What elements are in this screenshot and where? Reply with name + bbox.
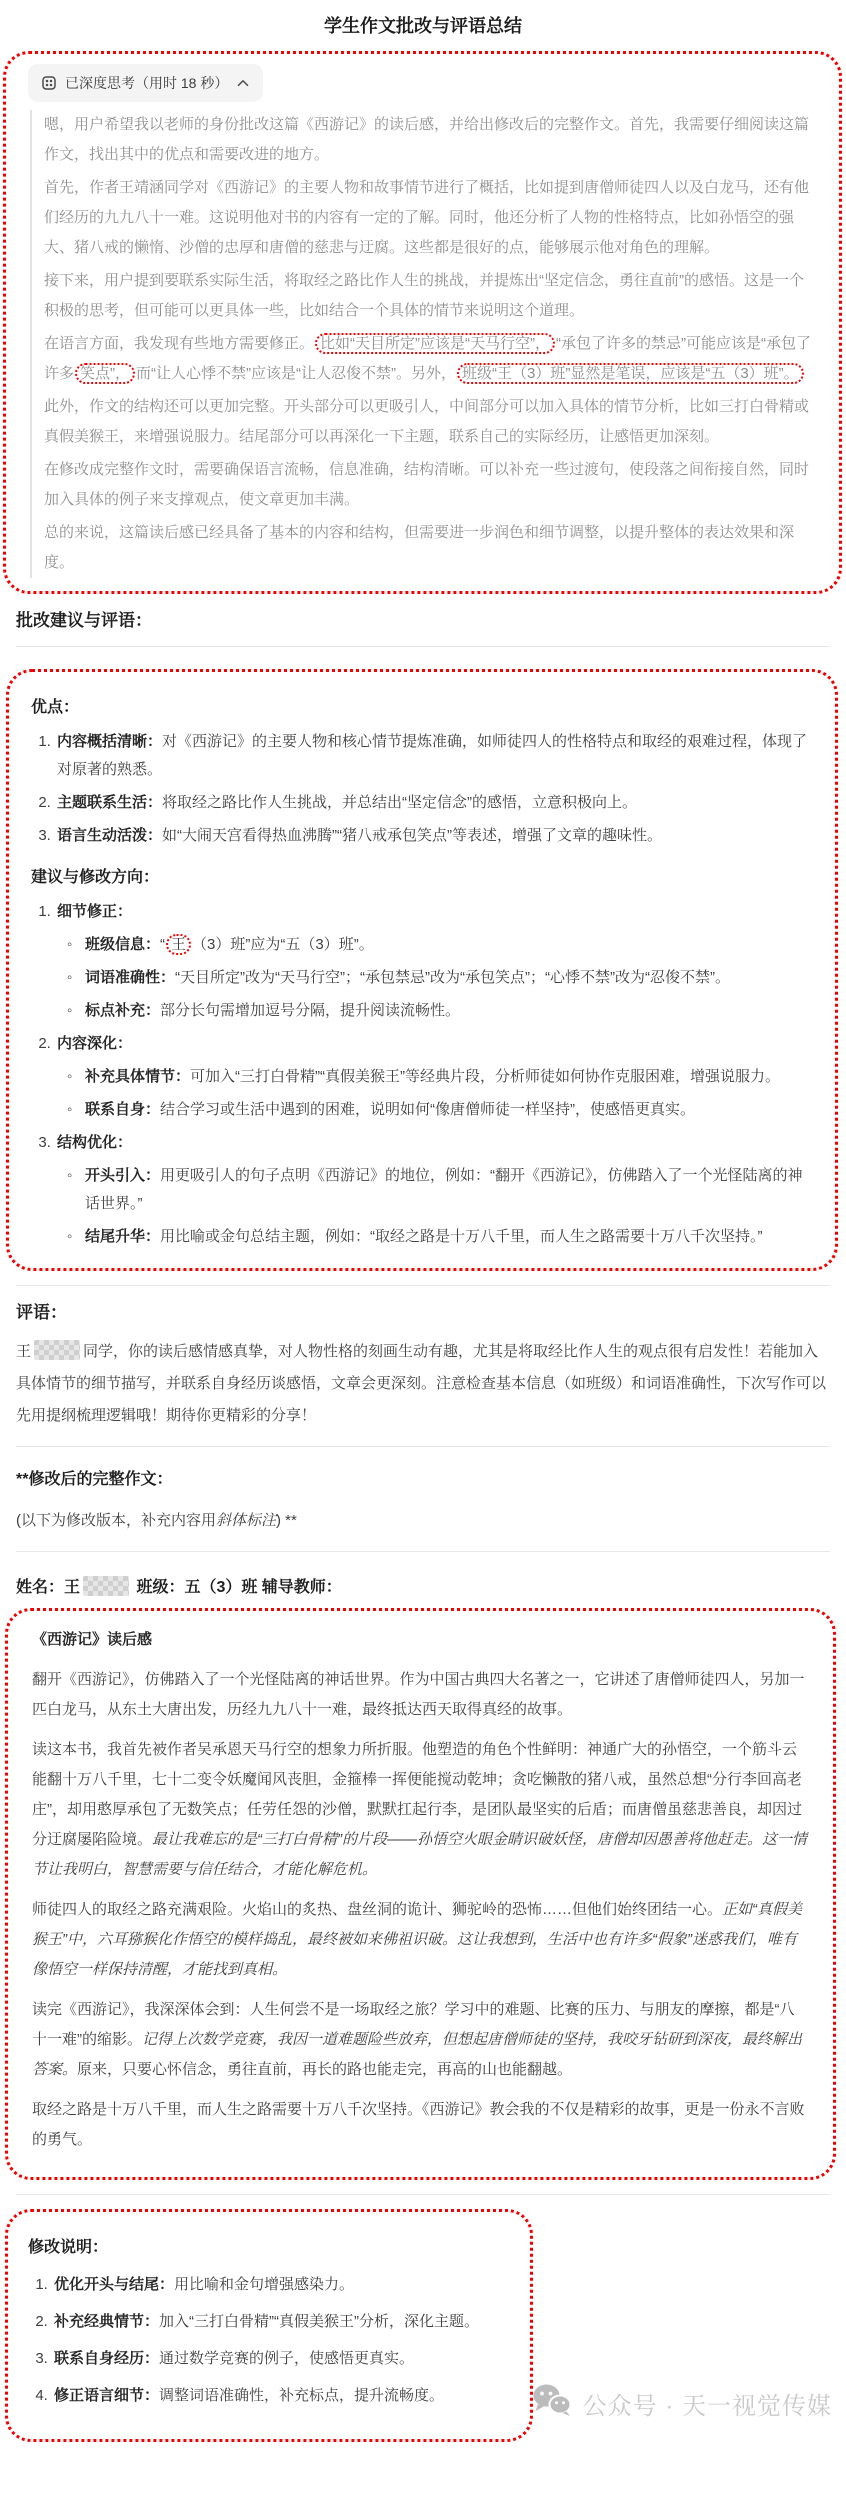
suggestion-sublist: 补充具体情节：可加入“三打白骨精”“真假美猴王”等经典片段，分析师徒如何协作克服… [57,1063,813,1124]
thinking-content: 嗯，用户希望我以老师的身份批改这篇《西游记》的读后感，并给出修改后的完整作文。首… [30,110,817,578]
essay-paragraph: 师徒四人的取经之路充满艰险。火焰山的炙热、盘丝洞的诡计、狮驼岭的恐怖……但他们始… [32,1895,809,1985]
advantage-item: 主题联系生活：将取经之路比作人生挑战，并总结出“坚定信念”的感悟，立意积极向上。 [55,789,813,817]
annotation-oval: 王 [166,934,191,955]
subitem-label: 补充具体情节： [85,1068,190,1085]
divider [16,646,830,647]
subitem-text: 用比喻或金句总结主题，例如：“取经之路是十万八千里，而人生之路需要十万八千次坚持… [160,1228,763,1245]
student-name-prefix: 王 [16,1343,31,1360]
document-page: 学生作文批改与评语总结 已深度思考（用时 18 秒） 嗯，用户希望我以老师的身份… [0,14,846,2442]
suggestion-item: 结构优化： 开头引入：用更吸引人的句子点明《西游记》的地位，例如：“翻开《西游记… [55,1129,813,1251]
suggestion-subitem: 结尾升华：用比喻或金句总结主题，例如：“取经之路是十万八千里，而人生之路需要十万… [67,1223,813,1251]
review-heading: 批改建议与评语： [16,609,830,632]
review-annotation-box: 优点： 内容概括清晰：对《西游记》的主要人物和核心情节提炼准确，如师徒四人的性格… [6,669,838,1271]
note-item: 补充经典情节：加入“三打白骨精”“真假美猴王”分析，深化主题。 [52,2308,510,2336]
suggestions-title: 建议与修改方向： [31,864,813,892]
subitem-text: 部分长句需增加逗号分隔，提升阅读流畅性。 [160,1002,460,1019]
suggestion-item: 细节修正： 班级信息：“王（3）班”应为“五（3）班”。 词语准确性：“天目所定… [55,898,813,1025]
suggestion-subitem: 联系自身：结合学习或生活中遇到的困难，说明如何“像唐僧师徒一样坚持”，使感悟更真… [67,1096,813,1124]
thinking-paragraph: 首先，作者王靖涵同学对《西游记》的主要人物和故事情节进行了概括，比如提到唐僧师徒… [44,173,817,263]
comment-paragraph: 王同学，你的读后感情感真挚，对人物性格的刻画生动有趣，尤其是将取经比作人生的观点… [16,1336,830,1432]
suggestion-label: 内容深化： [57,1035,132,1052]
comment-text: 同学，你的读后感情感真挚，对人物性格的刻画生动有趣，尤其是将取经比作人生的观点很… [16,1343,826,1424]
subitem-label: 词语准确性： [85,969,175,986]
advantage-label: 内容概括清晰： [57,733,162,750]
student-info-name: 姓名：王 [16,1579,80,1596]
advantages-list: 内容概括清晰：对《西游记》的主要人物和核心情节提炼准确，如师徒四人的性格特点和取… [31,728,813,850]
thinking-paragraph: 在修改成完整作文时，需要确保语言流畅，信息准确，结构清晰。可以补充一些过渡句，使… [44,455,817,515]
page-title: 学生作文批改与评语总结 [16,14,830,38]
essay-text: 原来，只要心怀信念，勇往直前，再长的路也能走完，再高的山也能翻越。 [77,2061,572,2078]
suggestion-subitem: 标点补充：部分长句需增加逗号分隔，提升阅读流畅性。 [67,997,813,1025]
advantage-label: 语言生动活泼： [57,827,162,844]
subitem-label: 标点补充： [85,1002,160,1019]
subitem-label: 联系自身： [85,1101,160,1118]
suggestion-label: 细节修正： [57,903,132,920]
thinking-text: 而“让人心悸不禁”应该是“让人忍俊不禁”。另外， [136,365,456,382]
wechat-icon [531,2383,573,2424]
thinking-paragraph: 接下来，用户提到要联系实际生活，将取经之路比作人生的挑战，并提炼出“坚定信念，勇… [44,266,817,326]
annotation-oval: 比如“天目所定”应该是“天马行空”， [315,333,555,354]
note-label: 补充经典情节： [54,2313,159,2330]
censored-name [34,1340,80,1360]
comment-heading: 评语： [16,1301,830,1324]
suggestion-label: 结构优化： [57,1134,132,1151]
essay-text: 师徒四人的取经之路充满艰险。火焰山的炙热、盘丝洞的诡计、狮驼岭的恐怖……但他们始… [32,1901,722,1918]
student-info-line: 姓名：王 班级：五（3）班 辅导教师： [16,1576,830,1599]
note-item: 联系自身经历：通过数学竞赛的例子，使感悟更真实。 [52,2345,510,2373]
essay-title: 《西游记》读后感 [32,1625,809,1655]
student-info-class: 班级：五（3）班 辅导教师： [132,1579,342,1596]
advantage-label: 主题联系生活： [57,794,162,811]
essay-paragraph: 取经之路是十万八千里，而人生之路需要十万八千次坚持。《西游记》教会我的不仅是精彩… [32,2095,809,2155]
advantage-text: 将取经之路比作人生挑战，并总结出“坚定信念”的感悟，立意积极向上。 [162,794,637,811]
censored-name [83,1576,129,1596]
essay-annotation-box: 《西游记》读后感 翻开《西游记》，仿佛踏入了一个光怪陆离的神话世界。作为中国古典… [5,1608,836,2180]
essay-paragraph: 读完《西游记》，我深深体会到：人生何尝不是一场取经之旅？学习中的难题、比赛的压力… [32,1995,809,2085]
divider [16,1446,830,1447]
note-label: 优化开头与结尾： [54,2276,174,2293]
advantage-text: 如“大闹天宫看得热血沸腾”“猪八戒承包笑点”等表述，增强了文章的趣味性。 [162,827,662,844]
note-label: 联系自身经历： [54,2350,159,2367]
subitem-text: “天目所定”改为“天马行空”；“承包禁忌”改为“承包笑点”；“心悸不禁”改为“忍… [175,969,730,986]
suggestion-item: 内容深化： 补充具体情节：可加入“三打白骨精”“真假美猴王”等经典片段，分析师徒… [55,1030,813,1124]
advantages-title: 优点： [31,694,813,722]
suggestion-sublist: 开头引入：用更吸引人的句子点明《西游记》的地位，例如：“翻开《西游记》，仿佛踏入… [57,1162,813,1251]
suggestion-subitem: 补充具体情节：可加入“三打白骨精”“真假美猴王”等经典片段，分析师徒如何协作克服… [67,1063,813,1091]
subitem-text: 用更吸引人的句子点明《西游记》的地位，例如：“翻开《西游记》，仿佛踏入了一个光怪… [85,1167,803,1212]
suggestion-subitem: 开头引入：用更吸引人的句子点明《西游记》的地位，例如：“翻开《西游记》，仿佛踏入… [67,1162,813,1218]
subitem-text: （3）班”应为“五（3）班”。 [192,936,374,953]
note-text: ) ** [276,1512,297,1529]
thinking-paragraph: 在语言方面，我发现有些地方需要修正。比如“天目所定”应该是“天马行空”，“承包了… [44,329,817,389]
deepthink-icon [42,76,56,90]
annotation-oval: 笑点”， [75,363,135,384]
subitem-text: “ [160,936,165,953]
note-text: 加入“三打白骨精”“真假美猴王”分析，深化主题。 [159,2313,479,2330]
subitem-label: 班级信息： [85,936,160,953]
modified-essay-heading: **修改后的完整作文： [16,1469,830,1491]
suggestion-subitem: 词语准确性：“天目所定”改为“天马行空”；“承包禁忌”改为“承包笑点”；“心悸不… [67,964,813,992]
divider [16,1285,830,1286]
thinking-paragraph: 此外，作文的结构还可以更加完整。开头部分可以更吸引人，中间部分可以加入具体的情节… [44,392,817,452]
essay-paragraph: 翻开《西游记》，仿佛踏入了一个光怪陆离的神话世界。作为中国古典四大名著之一，它讲… [32,1665,809,1725]
divider [16,1551,830,1552]
thinking-paragraph: 总的来说，这篇读后感已经具备了基本的内容和结构，但需要进一步润色和细节调整，以提… [44,518,817,578]
advantage-text: 对《西游记》的主要人物和核心情节提炼准确，如师徒四人的性格特点和取经的艰难过程，… [57,733,807,778]
advantage-item: 内容概括清晰：对《西游记》的主要人物和核心情节提炼准确，如师徒四人的性格特点和取… [55,728,813,784]
notes-heading: 修改说明： [28,2234,510,2262]
watermark-text: 公众号 · 天一视觉传媒 [583,2386,832,2421]
suggestions-list: 细节修正： 班级信息：“王（3）班”应为“五（3）班”。 词语准确性：“天目所定… [31,898,813,1251]
thinking-annotation-box: 已深度思考（用时 18 秒） 嗯，用户希望我以老师的身份批改这篇《西游记》的读后… [3,51,842,594]
suggestion-sublist: 班级信息：“王（3）班”应为“五（3）班”。 词语准确性：“天目所定”改为“天马… [57,931,813,1025]
note-item: 修正语言细节：调整词语准确性，补充标点，提升流畅度。 [52,2382,510,2410]
deepthink-label: 已深度思考（用时 18 秒） [65,73,228,93]
notes-annotation-box: 修改说明： 优化开头与结尾：用比喻和金句增强感染力。 补充经典情节：加入“三打白… [5,2209,533,2442]
notes-list: 优化开头与结尾：用比喻和金句增强感染力。 补充经典情节：加入“三打白骨精”“真假… [28,2271,510,2410]
note-text: (以下为修改版本，补充内容用 [16,1512,216,1529]
deepthink-toggle[interactable]: 已深度思考（用时 18 秒） [28,64,263,102]
subitem-text: 可加入“三打白骨精”“真假美猴王”等经典片段，分析师徒如何协作克服困难，增强说服… [190,1068,780,1085]
subitem-label: 结尾升华： [85,1228,160,1245]
subitem-text: 结合学习或生活中遇到的困难，说明如何“像唐僧师徒一样坚持”，使感悟更真实。 [160,1101,695,1118]
divider [16,2194,830,2195]
note-label: 修正语言细节： [54,2387,159,2404]
note-italic: 斜体标注 [216,1512,276,1529]
chevron-up-icon [237,79,249,87]
watermark: 公众号 · 天一视觉传媒 [531,2383,832,2424]
note-text: 用比喻和金句增强感染力。 [174,2276,354,2293]
annotation-oval: 班级“王（3）班”显然是笔误，应该是“五（3）班”。 [457,363,804,384]
thinking-text: 在语言方面，我发现有些地方需要修正。 [44,335,314,352]
essay-paragraph: 读这本书，我首先被作者吴承恩天马行空的想象力所折服。他塑造的角色个性鲜明：神通广… [32,1735,809,1885]
subitem-label: 开头引入： [85,1167,160,1184]
note-item: 优化开头与结尾：用比喻和金句增强感染力。 [52,2271,510,2299]
modified-essay-note: (以下为修改版本，补充内容用斜体标注) ** [16,1505,830,1537]
suggestion-subitem: 班级信息：“王（3）班”应为“五（3）班”。 [67,931,813,959]
advantage-item: 语言生动活泼：如“大闹天宫看得热血沸腾”“猪八戒承包笑点”等表述，增强了文章的趣… [55,822,813,850]
thinking-paragraph: 嗯，用户希望我以老师的身份批改这篇《西游记》的读后感，并给出修改后的完整作文。首… [44,110,817,170]
note-text: 调整词语准确性，补充标点，提升流畅度。 [159,2387,444,2404]
note-text: 通过数学竞赛的例子，使感悟更真实。 [159,2350,414,2367]
